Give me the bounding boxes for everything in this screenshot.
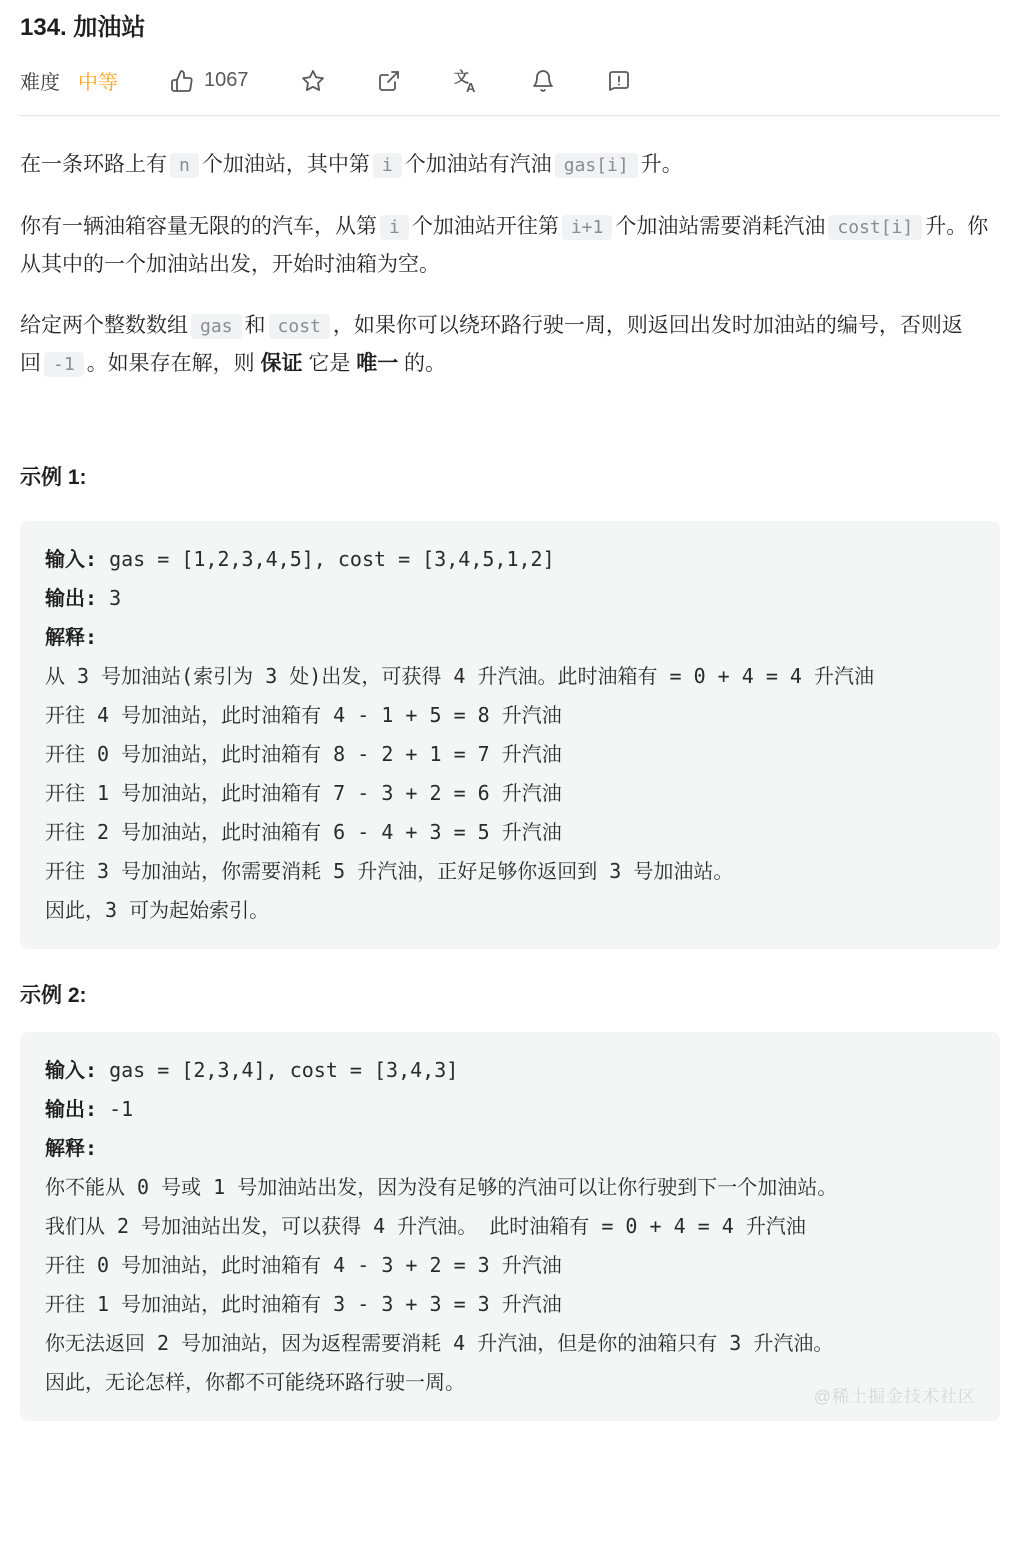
bold-text: 唯一: [356, 352, 398, 375]
example-output-line: 输出: -1: [45, 1090, 975, 1129]
svg-text:A: A: [466, 80, 476, 94]
input-value: gas = [1,2,3,4,5], cost = [3,4,5,1,2]: [97, 547, 555, 571]
like-button[interactable]: 1067: [170, 69, 249, 93]
example-input-line: 输入: gas = [2,3,4], cost = [3,4,3]: [45, 1051, 975, 1090]
example-1-block: 输入: gas = [1,2,3,4,5], cost = [3,4,5,1,2…: [20, 521, 1000, 949]
like-count: 1067: [204, 69, 249, 92]
problem-title: 134. 加油站: [20, 12, 1000, 44]
meta-row: 难度 中等 1067: [20, 66, 1000, 95]
inline-code: i: [380, 215, 409, 240]
feedback-icon: [607, 69, 631, 93]
problem-page: 134. 加油站 难度 中等 1067: [0, 12, 1020, 1421]
example-2-block: 输入: gas = [2,3,4], cost = [3,4,3]输出: -1解…: [20, 1032, 1000, 1421]
example-1-code: 输入: gas = [1,2,3,4,5], cost = [3,4,5,1,2…: [20, 521, 1000, 949]
translate-button[interactable]: 文 A: [453, 68, 479, 94]
example-explain-label-line: 解释:: [45, 1129, 975, 1168]
feedback-button[interactable]: [607, 69, 631, 93]
example-1-heading: 示例 1:: [20, 463, 1000, 493]
inline-code: cost: [269, 314, 330, 339]
watermark: @稀土掘金技术社区: [814, 1382, 976, 1407]
output-label: 输出:: [45, 586, 97, 610]
share-button[interactable]: [377, 69, 401, 93]
example-explanation-line: 开往 1 号加油站，此时油箱有 3 - 3 + 3 = 3 升汽油: [45, 1285, 975, 1324]
explain-label: 解释:: [45, 1136, 97, 1160]
example-2-heading: 示例 2:: [20, 981, 1000, 1011]
notification-button[interactable]: [531, 69, 555, 93]
example-explanation-line: 因此，3 可为起始索引。: [45, 891, 975, 930]
input-label: 输入:: [45, 547, 97, 571]
example-explanation-line: 开往 1 号加油站，此时油箱有 7 - 3 + 2 = 6 升汽油: [45, 774, 975, 813]
thumbs-up-icon: [170, 69, 194, 93]
favorite-button[interactable]: [301, 69, 325, 93]
example-output-line: 输出: 3: [45, 579, 975, 618]
output-label: 输出:: [45, 1097, 97, 1121]
action-bar: 1067: [170, 68, 631, 94]
example-explain-label-line: 解释:: [45, 618, 975, 657]
example-explanation: 从 3 号加油站(索引为 3 处)出发，可获得 4 升汽油。此时油箱有 = 0 …: [45, 657, 975, 930]
divider: [20, 115, 1000, 116]
problem-description: 在一条环路上有n个加油站，其中第i个加油站有汽油gas[i]升。 你有一辆油箱容…: [20, 146, 1000, 383]
input-label: 输入:: [45, 1058, 97, 1082]
inline-code: gas: [191, 314, 242, 339]
example-explanation-line: 你无法返回 2 号加油站，因为返程需要消耗 4 升汽油，但是你的油箱只有 3 升…: [45, 1324, 975, 1363]
output-value: -1: [97, 1097, 133, 1121]
example-explanation-line: 开往 4 号加油站，此时油箱有 4 - 1 + 5 = 8 升汽油: [45, 696, 975, 735]
inline-code: -1: [44, 352, 84, 377]
example-explanation-line: 开往 3 号加油站，你需要消耗 5 升汽油，正好足够你返回到 3 号加油站。: [45, 852, 975, 891]
share-icon: [377, 69, 401, 93]
example-input-line: 输入: gas = [1,2,3,4,5], cost = [3,4,5,1,2…: [45, 540, 975, 579]
description-paragraph-3: 给定两个整数数组gas和cost，如果你可以绕环路行驶一周，则返回出发时加油站的…: [20, 307, 1000, 383]
explain-label: 解释:: [45, 625, 97, 649]
inline-code: i: [373, 153, 402, 178]
input-value: gas = [2,3,4], cost = [3,4,3]: [97, 1058, 458, 1082]
translate-icon: 文 A: [453, 68, 479, 94]
example-explanation-line: 开往 0 号加油站，此时油箱有 8 - 2 + 1 = 7 升汽油: [45, 735, 975, 774]
star-icon: [301, 69, 325, 93]
example-explanation-line: 开往 0 号加油站，此时油箱有 4 - 3 + 2 = 3 升汽油: [45, 1246, 975, 1285]
example-explanation-line: 从 3 号加油站(索引为 3 处)出发，可获得 4 升汽油。此时油箱有 = 0 …: [45, 657, 975, 696]
output-value: 3: [97, 586, 121, 610]
description-paragraph-2: 你有一辆油箱容量无限的的汽车，从第i个加油站开往第i+1个加油站需要消耗汽油co…: [20, 208, 1000, 283]
bell-icon: [531, 69, 555, 93]
example-explanation-line: 我们从 2 号加油站出发，可以获得 4 升汽油。 此时油箱有 = 0 + 4 =…: [45, 1207, 975, 1246]
example-explanation: 你不能从 0 号或 1 号加油站出发，因为没有足够的汽油可以让你行驶到下一个加油…: [45, 1168, 975, 1402]
difficulty-badge: 中等: [78, 66, 118, 95]
inline-code: i+1: [562, 215, 613, 240]
inline-code: n: [170, 153, 199, 178]
inline-code: gas[i]: [555, 153, 638, 178]
example-explanation-line: 开往 2 号加油站，此时油箱有 6 - 4 + 3 = 5 升汽油: [45, 813, 975, 852]
description-paragraph-1: 在一条环路上有n个加油站，其中第i个加油站有汽油gas[i]升。: [20, 146, 1000, 184]
difficulty-label: 难度: [20, 66, 60, 95]
bold-text: 保证: [261, 352, 303, 375]
example-2-code: 输入: gas = [2,3,4], cost = [3,4,3]输出: -1解…: [20, 1032, 1000, 1421]
example-explanation-line: 你不能从 0 号或 1 号加油站出发，因为没有足够的汽油可以让你行驶到下一个加油…: [45, 1168, 975, 1207]
inline-code: cost[i]: [828, 215, 922, 240]
